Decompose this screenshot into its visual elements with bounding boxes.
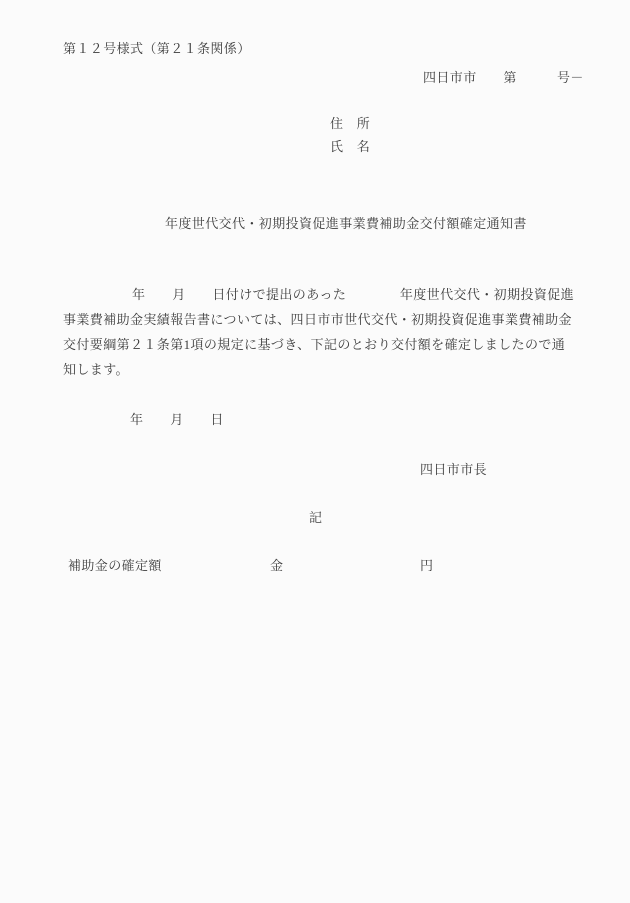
- recipient-name-label: 氏 名: [330, 140, 370, 154]
- amount-currency-suffix: 円: [420, 559, 433, 573]
- document-title: 年度世代交代・初期投資促進事業費補助金交付額確定通知書: [165, 217, 527, 231]
- body-paragraph-line-4: 知します。: [63, 363, 129, 377]
- amount-currency-prefix: 金: [270, 559, 283, 573]
- body-paragraph-line-2: 事業費補助金実績報告書については、四日市市世代交代・初期投資促進事業費補助金: [63, 313, 572, 327]
- recipient-address-label: 住 所: [330, 117, 370, 131]
- body-paragraph-line-1: 年 月 日付けで提出のあった 年度世代交代・初期投資促進: [132, 288, 574, 302]
- form-number: 第１２号様式（第２１条関係）: [63, 42, 251, 56]
- section-marker-ki: 記: [309, 511, 322, 525]
- document-number-line: 四日市市 第 号－: [423, 71, 584, 85]
- confirmed-amount-label: 補助金の確定額: [68, 559, 162, 573]
- document-page: 第１２号様式（第２１条関係） 四日市市 第 号－ 住 所 氏 名 年度世代交代・…: [0, 0, 630, 903]
- body-paragraph-line-3: 交付要綱第２１条第1項の規定に基づき、下記のとおり交付額を確定しましたので通: [63, 338, 565, 352]
- issuer-mayor-line: 四日市市長: [420, 463, 487, 477]
- issue-date-line: 年 月 日: [130, 413, 224, 427]
